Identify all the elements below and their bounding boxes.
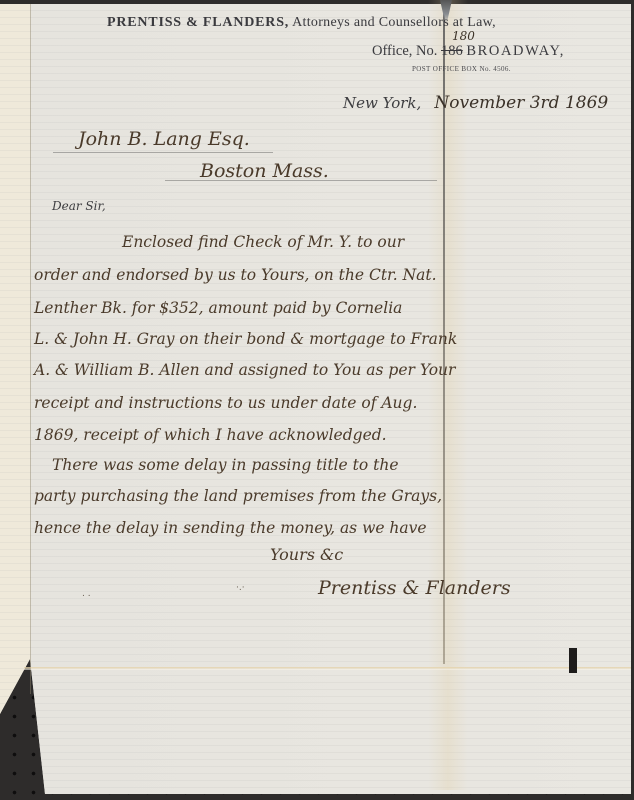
stray-ink-mark-2: . . [82, 589, 91, 599]
body-line-2: order and endorsed by us to Yours, on th… [34, 266, 437, 284]
body-line-6: receipt and instructions to us under dat… [34, 394, 417, 412]
body-line-8: There was some delay in passing title to… [52, 456, 399, 474]
office-prefix: Office, No. [372, 43, 437, 59]
body-line-9: party purchasing the land premises from … [34, 487, 442, 505]
body-line-1: Enclosed find Check of Mr. Y. to our [122, 233, 404, 251]
dateline-date: November 3rd 1869 [434, 93, 608, 113]
address-rule-1 [53, 152, 273, 153]
firm-description: Attorneys and Counsellors at Law, [292, 15, 496, 30]
dateline: New York, November 3rd 1869 [343, 93, 608, 113]
closing: Yours &c [270, 545, 343, 564]
office-street: BROADWAY, [466, 43, 565, 59]
letterhead-office-address: Office, No. 186 BROADWAY, 180 [372, 43, 565, 60]
body-line-7: 1869, receipt of which I have acknowledg… [34, 426, 387, 444]
addressee-city: Boston Mass. [200, 160, 329, 182]
fold-stain [428, 0, 468, 790]
left-fold-line [30, 4, 31, 694]
body-line-10b: hence the delay in sending the money, as… [34, 519, 427, 537]
office-number-printed: 186 [441, 43, 463, 59]
signature: Prentiss & Flanders [318, 577, 511, 599]
letterhead-firm: PRENTISS & FLANDERS, Attorneys and Couns… [107, 15, 496, 31]
po-box: POST OFFICE BOX No. 4506. [412, 65, 511, 73]
tape-mark [569, 648, 577, 673]
body-line-3: Lenther Bk. for $352, amount paid by Cor… [34, 299, 402, 317]
office-number-handwritten: 180 [452, 29, 475, 43]
salutation: Dear Sir, [52, 199, 106, 213]
body-line-4: L. & John H. Gray on their bond & mortga… [34, 330, 457, 348]
body-line-5: A. & William B. Allen and assigned to Yo… [34, 361, 455, 379]
horizontal-fold-line [24, 667, 631, 670]
stray-ink-mark: ·.· [236, 583, 245, 593]
dateline-city: New York, [343, 94, 421, 112]
firm-name: PRENTISS & FLANDERS, [107, 15, 289, 30]
addressee-name: John B. Lang Esq. [78, 128, 250, 150]
